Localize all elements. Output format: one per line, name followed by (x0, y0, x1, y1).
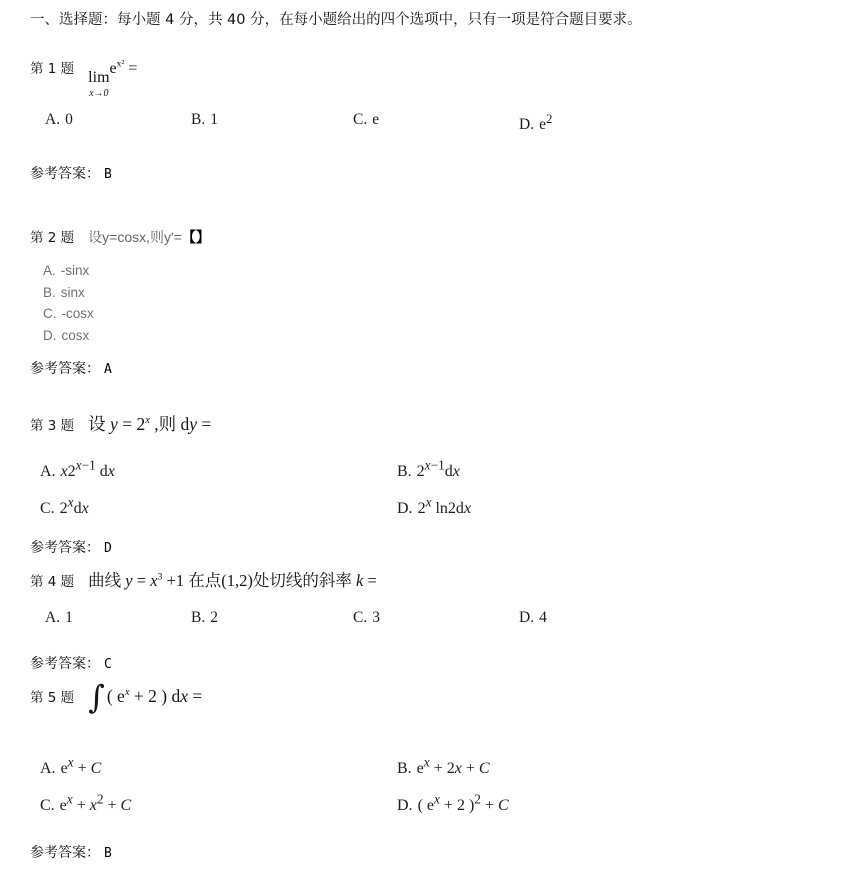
option-c: C.e (353, 111, 519, 134)
question-4-formula: 曲线 y = x3 +1 在点(1,2)处切线的斜率 k = (88, 567, 377, 591)
option-b: B.2 (191, 609, 353, 627)
option-b: B.1 (191, 111, 353, 134)
answer-prefix: 参考答案： (30, 166, 100, 182)
question-3-stem: 第 3 题 设 y = 2x ,则 dy = (30, 411, 830, 436)
question-5-formula: ∫( ex + 2 ) dx = (88, 686, 202, 707)
option-d: D.( ex + 2 )2 + C (397, 792, 830, 815)
option-c: C.2xdx (40, 495, 397, 518)
question-2-answer: 参考答案：A (30, 358, 830, 378)
question-3-formula: 设 y = 2x ,则 dy = (88, 411, 211, 436)
option-d: D.e2 (519, 111, 830, 134)
answer-prefix: 参考答案： (30, 845, 100, 861)
question-2-bracket: 【】 (182, 227, 210, 247)
question-1: 第 1 题 lim x→0 ex² = A.0 B.1 C.e D.e2 参考答… (30, 57, 830, 183)
option-b: B.sinx (43, 286, 830, 299)
option-d: D.4 (519, 609, 830, 627)
question-4: 第 4 题 曲线 y = x3 +1 在点(1,2)处切线的斜率 k = A.1… (30, 567, 830, 673)
answer-prefix: 参考答案： (30, 361, 100, 377)
option-c: C.ex + x2 + C (40, 792, 397, 815)
limit-expr: ex² = (110, 60, 138, 77)
answer-letter: C (104, 657, 112, 672)
option-a: A.1 (45, 609, 191, 627)
option-b: B.ex + 2x + C (397, 754, 830, 777)
question-3-label: 第 3 题 (30, 414, 74, 434)
question-2-label: 第 2 题 (30, 226, 74, 246)
integral-icon: ∫ (88, 678, 105, 716)
question-3: 第 3 题 设 y = 2x ,则 dy = A.x2x−1 dx B.2x−1… (30, 411, 830, 558)
exam-page: { "page": { "section_title": "一、选择题：每小题 … (0, 0, 850, 869)
answer-letter: D (104, 541, 112, 556)
integral-expr: ( ex + 2 ) dx = (107, 686, 202, 706)
limit-under: x→0 (89, 89, 108, 99)
question-4-options: A.1 B.2 C.3 D.4 (30, 609, 830, 627)
question-4-answer: 参考答案：C (30, 653, 830, 673)
option-d: D.cosx (43, 329, 830, 342)
section-title: 一、选择题：每小题 4 分，共 40 分，在每小题给出的四个选项中，只有一项是符… (30, 10, 830, 30)
question-5-label: 第 5 题 (30, 686, 74, 706)
question-1-options: A.0 B.1 C.e D.e2 (30, 111, 830, 134)
option-a: A.x2x−1 dx (40, 458, 397, 481)
question-5-stem: 第 5 题 ∫( ex + 2 ) dx = (30, 686, 830, 707)
answer-letter: A (104, 362, 112, 377)
limit-block: lim x→0 (88, 70, 109, 99)
option-d: D.2x ln2dx (397, 495, 830, 518)
limit-lim: lim (88, 70, 109, 86)
question-3-options: A.x2x−1 dx B.2x−1dx C.2xdx D.2x ln2dx (30, 458, 830, 519)
question-1-label: 第 1 题 (30, 57, 74, 77)
question-4-stem: 第 4 题 曲线 y = x3 +1 在点(1,2)处切线的斜率 k = (30, 567, 830, 591)
question-2: 第 2 题 设y=cosx,则y'= 【】 A.-sinx B.sinx C.-… (30, 226, 830, 378)
option-a: A.0 (45, 111, 191, 134)
question-2-stem: 第 2 题 设y=cosx,则y'= 【】 (30, 226, 830, 247)
question-5: 第 5 题 ∫( ex + 2 ) dx = A.ex + C B.ex + 2… (30, 686, 830, 862)
option-a: A.ex + C (40, 754, 397, 777)
option-c: C.3 (353, 609, 519, 627)
question-1-answer: 参考答案：B (30, 163, 830, 183)
question-4-label: 第 4 题 (30, 570, 74, 590)
question-3-answer: 参考答案：D (30, 537, 830, 557)
question-2-options: A.-sinx B.sinx C.-cosx D.cosx (30, 264, 830, 342)
answer-letter: B (104, 167, 112, 182)
question-2-text: 设y=cosx,则y'= (88, 227, 182, 247)
question-5-answer: 参考答案：B (30, 842, 830, 862)
answer-prefix: 参考答案： (30, 540, 100, 556)
question-5-options: A.ex + C B.ex + 2x + C C.ex + x2 + C D.(… (30, 754, 830, 815)
option-b: B.2x−1dx (397, 458, 830, 481)
answer-prefix: 参考答案： (30, 656, 100, 672)
question-1-stem: 第 1 题 lim x→0 ex² = (30, 57, 830, 99)
option-a: A.-sinx (43, 264, 830, 277)
question-1-formula: lim x→0 ex² = (88, 59, 137, 99)
answer-letter: B (104, 846, 112, 861)
option-c: C.-cosx (43, 307, 830, 320)
